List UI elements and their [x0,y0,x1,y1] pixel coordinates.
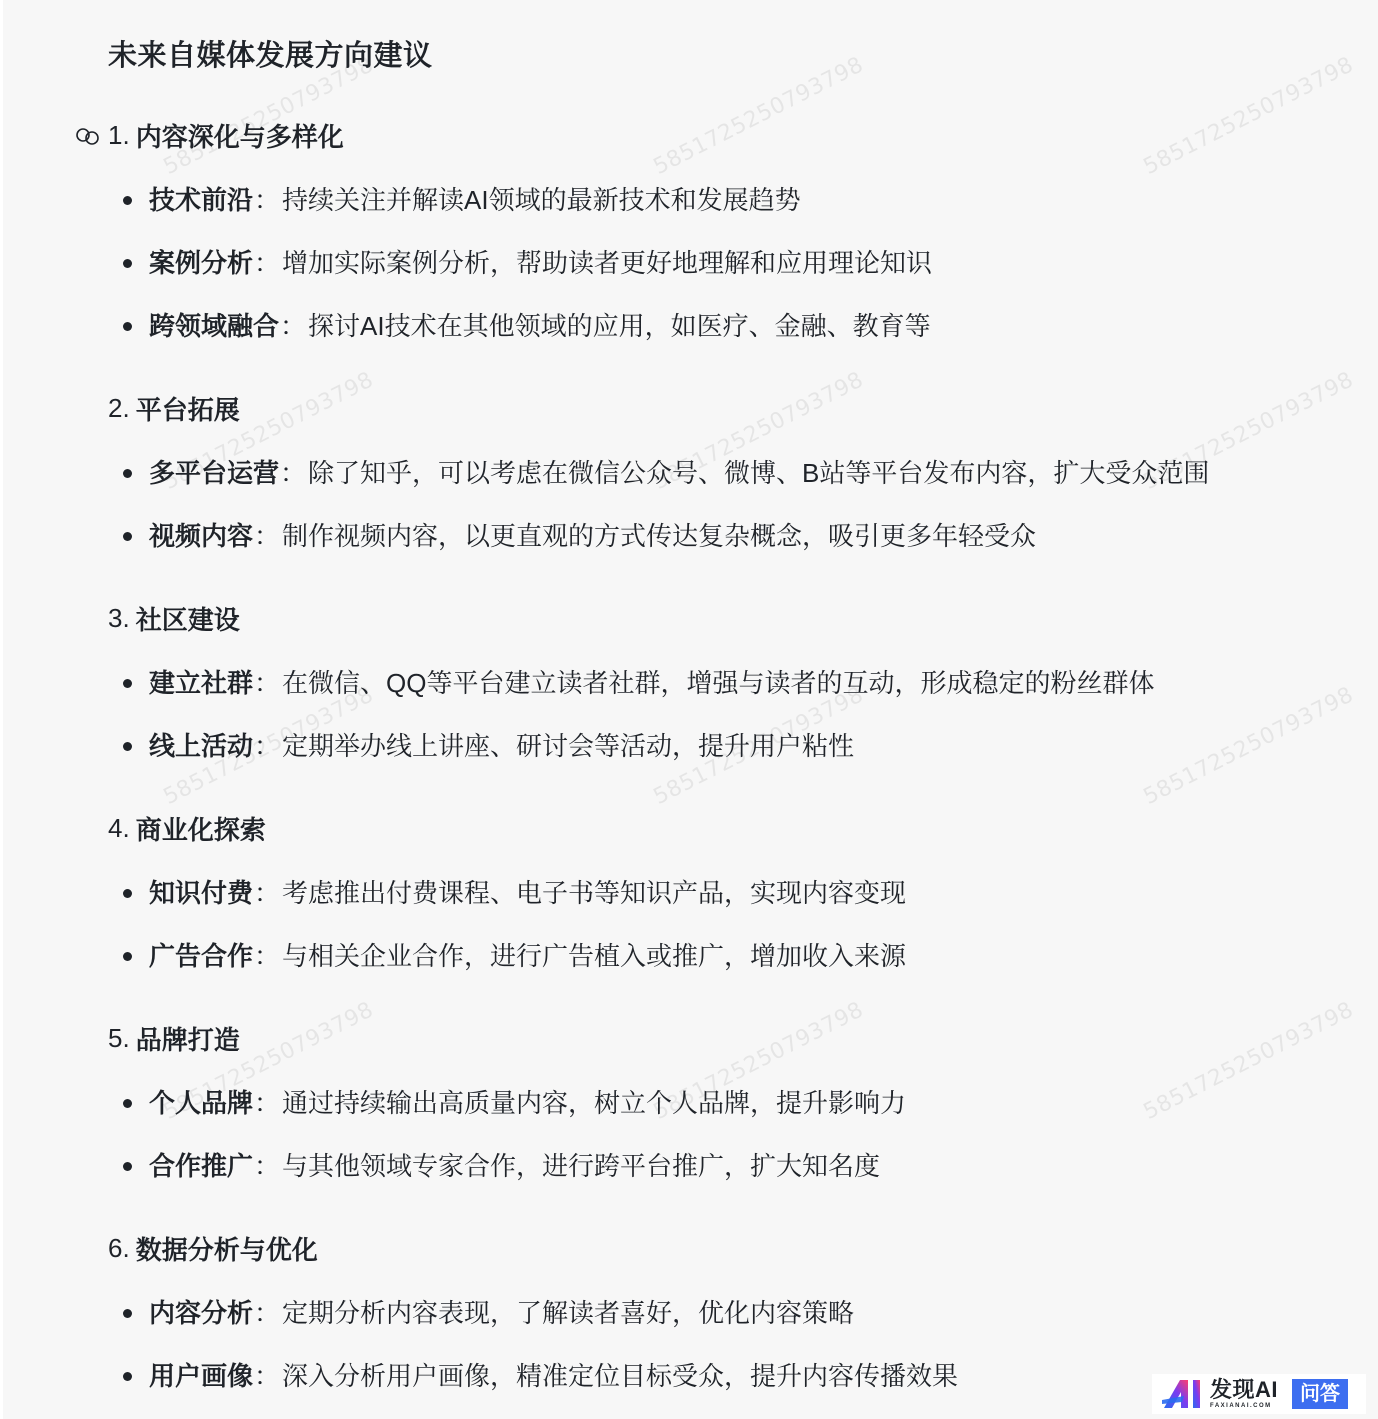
section-heading-5: 5. 品牌打造 [108,1020,240,1057]
qa-tag[interactable]: 问答 [1292,1379,1348,1409]
bullet-icon [123,1309,132,1318]
section-title: 社区建设 [136,600,240,637]
bullet-icon [123,1162,132,1171]
item-term: 知识付费 [149,876,253,910]
item-description: 定期分析内容表现，了解读者喜好，优化内容策略 [282,1296,854,1330]
item-description: 深入分析用户画像，精准定位目标受众，提升内容传播效果 [282,1359,958,1393]
list-item: 案例分析：增加实际案例分析，帮助读者更好地理解和应用理论知识 [123,246,932,280]
bullet-icon [123,469,132,478]
list-item: 跨领域融合：探讨AI技术在其他领域的应用，如医疗、金融、教育等 [123,309,931,343]
section-number: 2. [108,393,130,424]
watermark: 5851725250793798 [1140,52,1358,180]
section-number: 4. [108,813,130,844]
item-description: 考虑推出付费课程、电子书等知识产品，实现内容变现 [282,876,906,910]
bullet-icon [123,196,132,205]
colon: ： [254,876,280,910]
section-heading-6: 6. 数据分析与优化 [108,1230,318,1267]
list-item: 视频内容：制作视频内容，以更直观的方式传达复杂概念，吸引更多年轻受众 [123,519,1036,553]
bullet-icon [123,889,132,898]
item-term: 视频内容 [149,519,253,553]
item-description: 与相关企业合作，进行广告植入或推广，增加收入来源 [282,939,906,973]
list-item: 知识付费：考虑推出付费课程、电子书等知识产品，实现内容变现 [123,876,906,910]
item-description: 定期举办线上讲座、研讨会等活动，提升用户粘性 [282,729,854,763]
colon: ： [254,1086,280,1120]
colon: ： [280,309,306,343]
item-term: 建立社群 [149,666,253,700]
brand-domain: FAXIANAI.COM [1210,1403,1278,1409]
list-item: 内容分析：定期分析内容表现，了解读者喜好，优化内容策略 [123,1296,854,1330]
document-page: 5851725250793798 5851725250793798 585172… [3,0,1378,1419]
bullet-icon [123,679,132,688]
bullet-icon [123,322,132,331]
item-term: 案例分析 [149,246,253,280]
list-item: 广告合作：与相关企业合作，进行广告植入或推广，增加收入来源 [123,939,906,973]
item-description: 探讨AI技术在其他领域的应用，如医疗、金融、教育等 [308,309,931,343]
item-term: 多平台运营 [149,456,279,490]
section-heading-2: 2. 平台拓展 [108,390,240,427]
section-number: 6. [108,1233,130,1264]
section-number: 1. [108,120,130,151]
item-term: 跨领域融合 [149,309,279,343]
bullet-icon [123,1099,132,1108]
item-term: 个人品牌 [149,1086,253,1120]
bullet-icon [123,532,132,541]
brand-name: 发现AI [1210,1379,1278,1401]
item-description: 制作视频内容，以更直观的方式传达复杂概念，吸引更多年轻受众 [282,519,1036,553]
colon: ： [254,1149,280,1183]
brand-badge[interactable]: 发现AI FAXIANAI.COM 问答 [1152,1374,1366,1414]
section-heading-1: 1. 内容深化与多样化 [108,117,344,154]
item-description: 持续关注并解读AI领域的最新技术和发展趋势 [282,183,801,217]
colon: ： [254,183,280,217]
section-number: 3. [108,603,130,634]
section-title: 内容深化与多样化 [136,117,344,154]
list-item: 技术前沿：持续关注并解读AI领域的最新技术和发展趋势 [123,183,801,217]
colon: ： [280,456,306,490]
list-item: 用户画像：深入分析用户画像，精准定位目标受众，提升内容传播效果 [123,1359,958,1393]
colon: ： [254,1359,280,1393]
item-description: 通过持续输出高质量内容，树立个人品牌，提升影响力 [282,1086,906,1120]
item-term: 广告合作 [149,939,253,973]
section-title: 平台拓展 [136,390,240,427]
brand-name-group: 发现AI FAXIANAI.COM [1210,1379,1278,1409]
list-item: 线上活动：定期举办线上讲座、研讨会等活动，提升用户粘性 [123,729,854,763]
section-number: 5. [108,1023,130,1054]
item-term: 技术前沿 [149,183,253,217]
colon: ： [254,729,280,763]
watermark: 5851725250793798 [1140,997,1358,1125]
list-item: 多平台运营：除了知乎，可以考虑在微信公众号、微博、B站等平台发布内容，扩大受众范… [123,456,1209,490]
item-term: 内容分析 [149,1296,253,1330]
item-description: 除了知乎，可以考虑在微信公众号、微博、B站等平台发布内容，扩大受众范围 [308,456,1209,490]
list-item: 个人品牌：通过持续输出高质量内容，树立个人品牌，提升影响力 [123,1086,906,1120]
bullet-icon [123,1372,132,1381]
item-description: 与其他领域专家合作，进行跨平台推广，扩大知名度 [282,1149,880,1183]
item-description: 在微信、QQ等平台建立读者社群，增强与读者的互动，形成稳定的粉丝群体 [282,666,1154,700]
bullet-icon [123,742,132,751]
brand-logo-icon [1162,1378,1206,1410]
section-title: 商业化探索 [136,810,266,847]
colon: ： [254,246,280,280]
colon: ： [254,939,280,973]
item-term: 用户画像 [149,1359,253,1393]
section-title: 数据分析与优化 [136,1230,318,1267]
section-title: 品牌打造 [136,1020,240,1057]
watermark: 5851725250793798 [1140,682,1358,810]
item-term: 合作推广 [149,1149,253,1183]
colon: ： [254,1296,280,1330]
item-description: 增加实际案例分析，帮助读者更好地理解和应用理论知识 [282,246,932,280]
colon: ： [254,666,280,700]
list-item: 合作推广：与其他领域专家合作，进行跨平台推广，扩大知名度 [123,1149,880,1183]
document-title: 未来自媒体发展方向建议 [108,33,433,74]
list-item: 建立社群：在微信、QQ等平台建立读者社群，增强与读者的互动，形成稳定的粉丝群体 [123,666,1154,700]
watermark: 5851725250793798 [650,52,868,180]
colon: ： [254,519,280,553]
bullet-icon [123,259,132,268]
section-heading-4: 4. 商业化探索 [108,810,266,847]
bullet-icon [123,952,132,961]
section-heading-3: 3. 社区建设 [108,600,240,637]
link-icon[interactable] [74,127,102,145]
item-term: 线上活动 [149,729,253,763]
